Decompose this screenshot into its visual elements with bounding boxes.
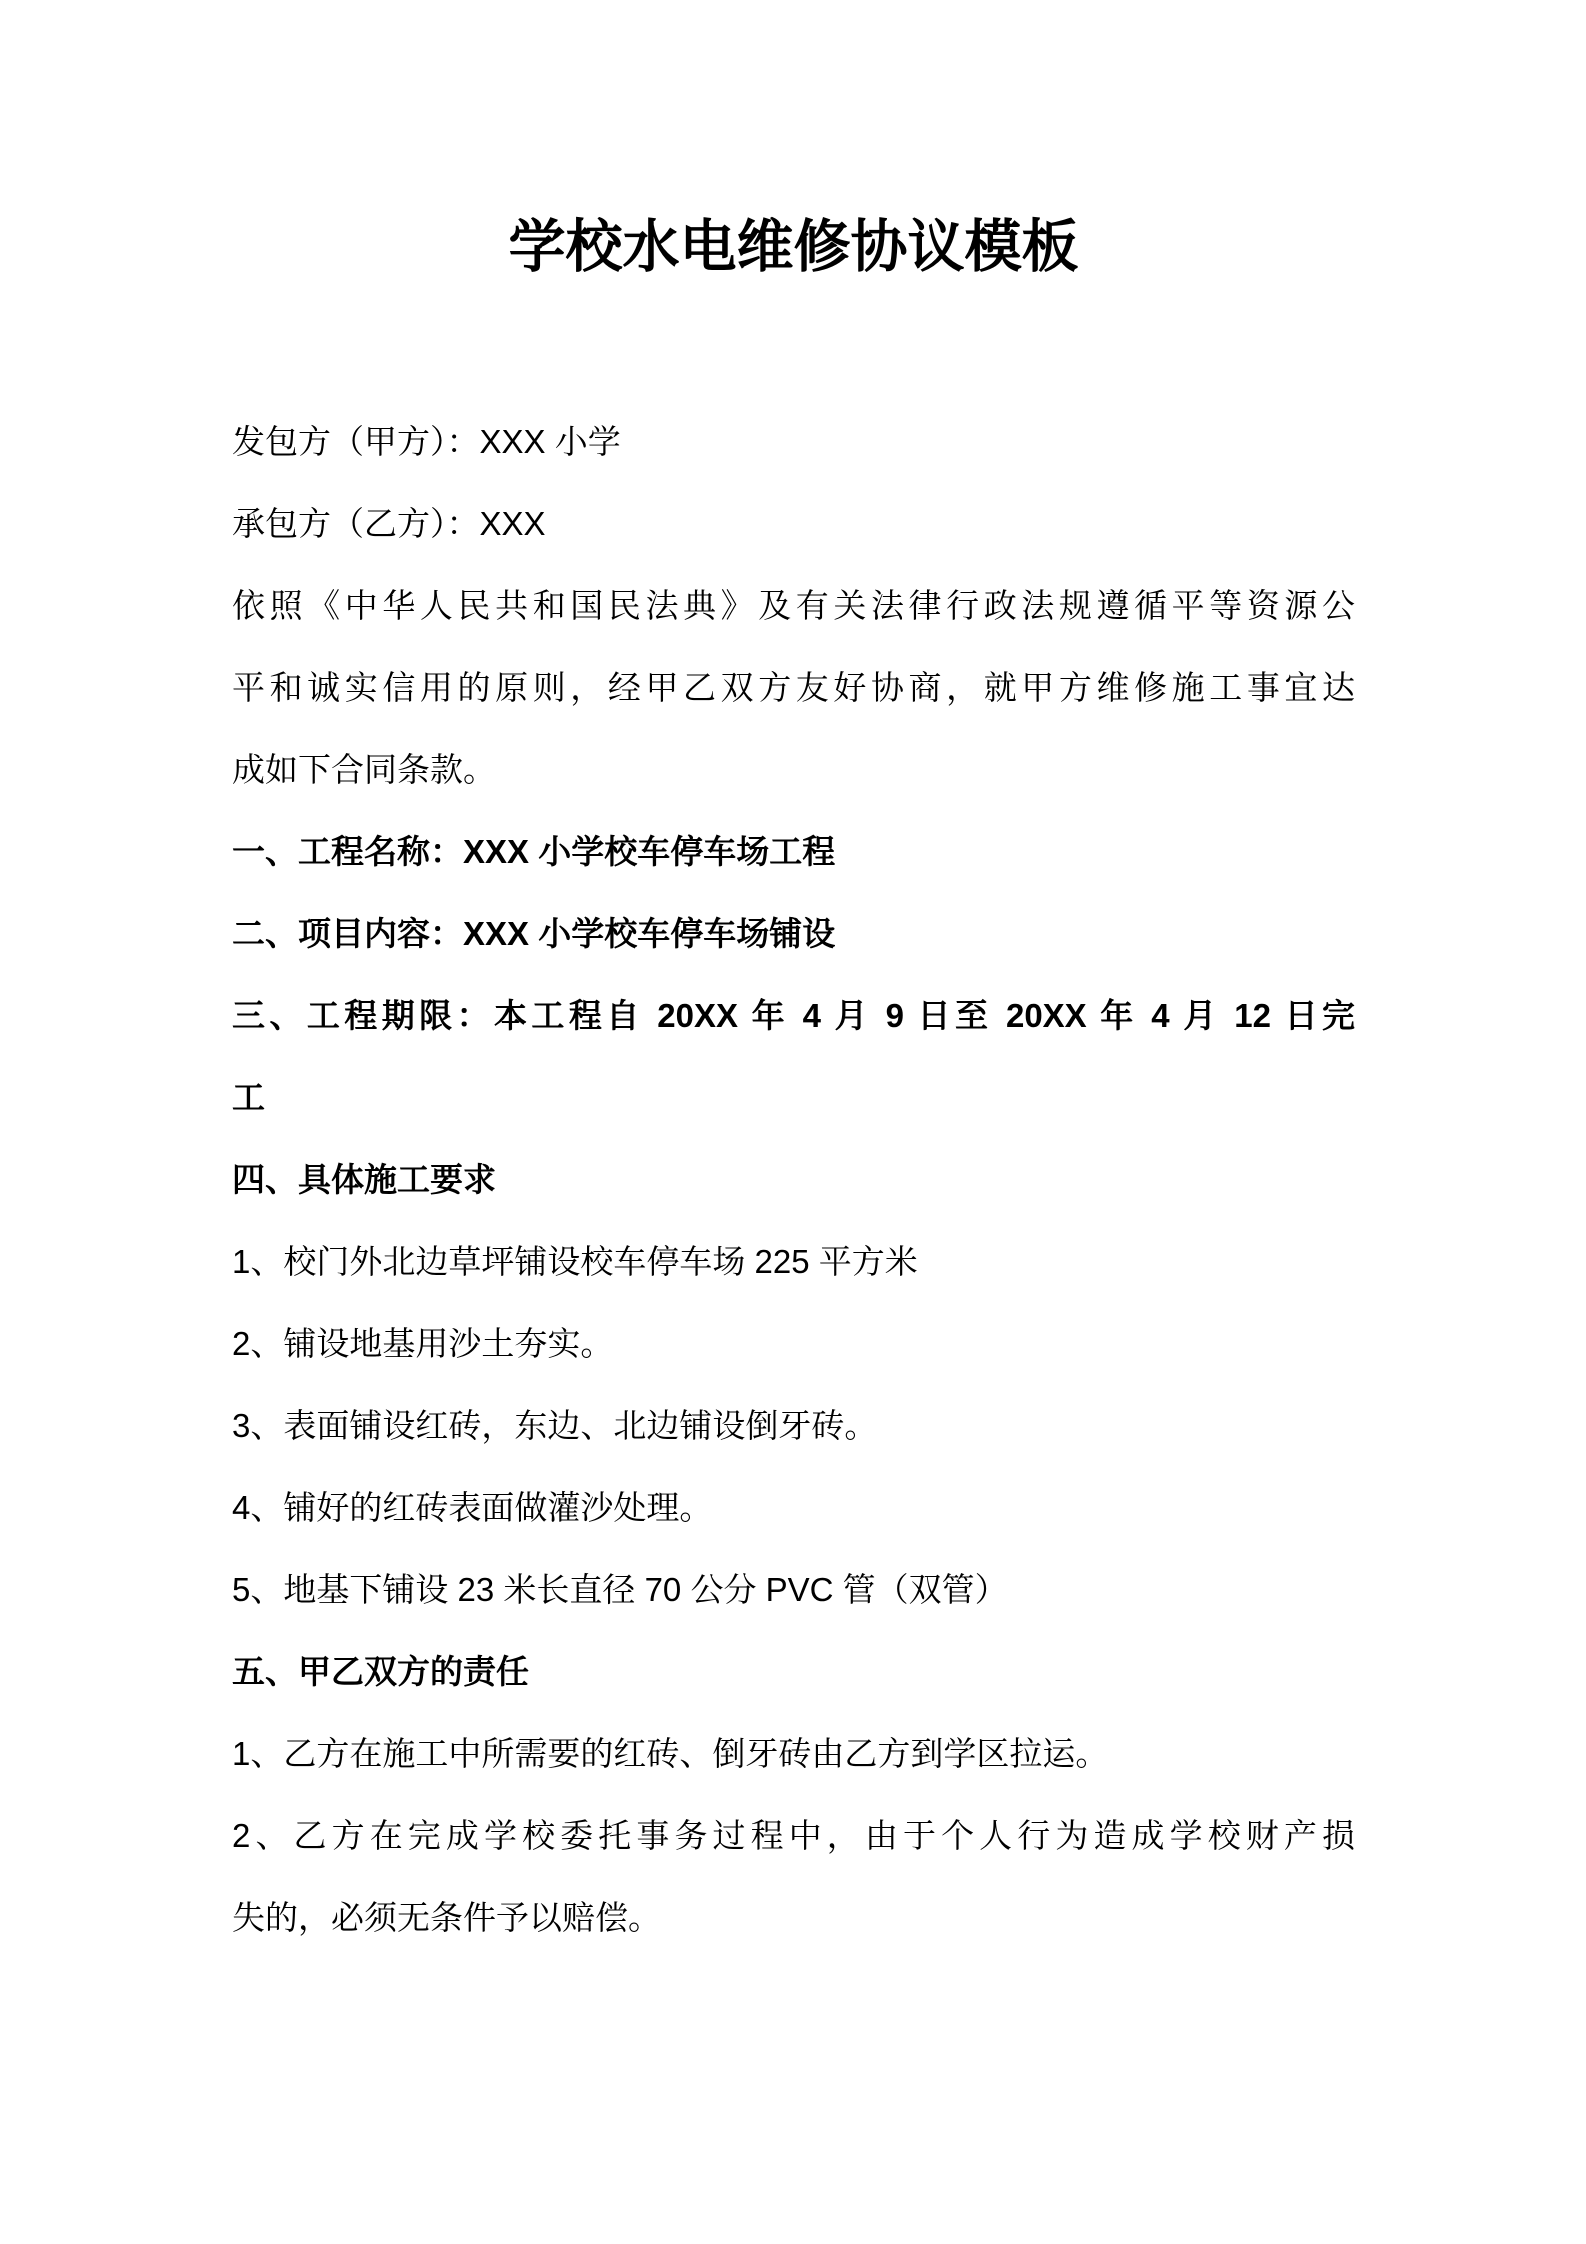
document-line: 依照《中华人民共和国民法典》及有关法律行政法规遵循平等资源公 bbox=[232, 565, 1355, 647]
document-line: 1、乙方在施工中所需要的红砖、倒牙砖由乙方到学区拉运。 bbox=[232, 1713, 1355, 1795]
document-line: 二、项目内容：XXX 小学校车停车场铺设 bbox=[232, 893, 1355, 975]
document-line: 1、校门外北边草坪铺设校车停车场 225 平方米 bbox=[232, 1221, 1355, 1303]
document-body: 发包方（甲方）：XXX 小学承包方（乙方）：XXX依照《中华人民共和国民法典》及… bbox=[232, 401, 1355, 1959]
document-line: 工 bbox=[232, 1057, 1355, 1139]
document-line: 5、地基下铺设 23 米长直径 70 公分 PVC 管（双管） bbox=[232, 1549, 1355, 1631]
document-line: 2、铺设地基用沙土夯实。 bbox=[232, 1303, 1355, 1385]
document-page: 学校水电维修协议模板 发包方（甲方）：XXX 小学承包方（乙方）：XXX依照《中… bbox=[0, 0, 1586, 2244]
document-line: 2、乙方在完成学校委托事务过程中，由于个人行为造成学校财产损 bbox=[232, 1795, 1355, 1877]
document-line: 成如下合同条款。 bbox=[232, 729, 1355, 811]
document-line: 四、具体施工要求 bbox=[232, 1139, 1355, 1221]
document-title: 学校水电维修协议模板 bbox=[232, 207, 1355, 287]
document-line: 发包方（甲方）：XXX 小学 bbox=[232, 401, 1355, 483]
document-line: 3、表面铺设红砖，东边、北边铺设倒牙砖。 bbox=[232, 1385, 1355, 1467]
document-line: 承包方（乙方）：XXX bbox=[232, 483, 1355, 565]
document-line: 一、工程名称：XXX 小学校车停车场工程 bbox=[232, 811, 1355, 893]
document-line: 失的，必须无条件予以赔偿。 bbox=[232, 1877, 1355, 1959]
document-line: 4、铺好的红砖表面做灌沙处理。 bbox=[232, 1467, 1355, 1549]
document-line: 平和诚实信用的原则，经甲乙双方友好协商，就甲方维修施工事宜达 bbox=[232, 647, 1355, 729]
document-line: 三、工程期限：本工程自 20XX 年 4 月 9 日至 20XX 年 4 月 1… bbox=[232, 975, 1355, 1057]
document-line: 五、甲乙双方的责任 bbox=[232, 1631, 1355, 1713]
